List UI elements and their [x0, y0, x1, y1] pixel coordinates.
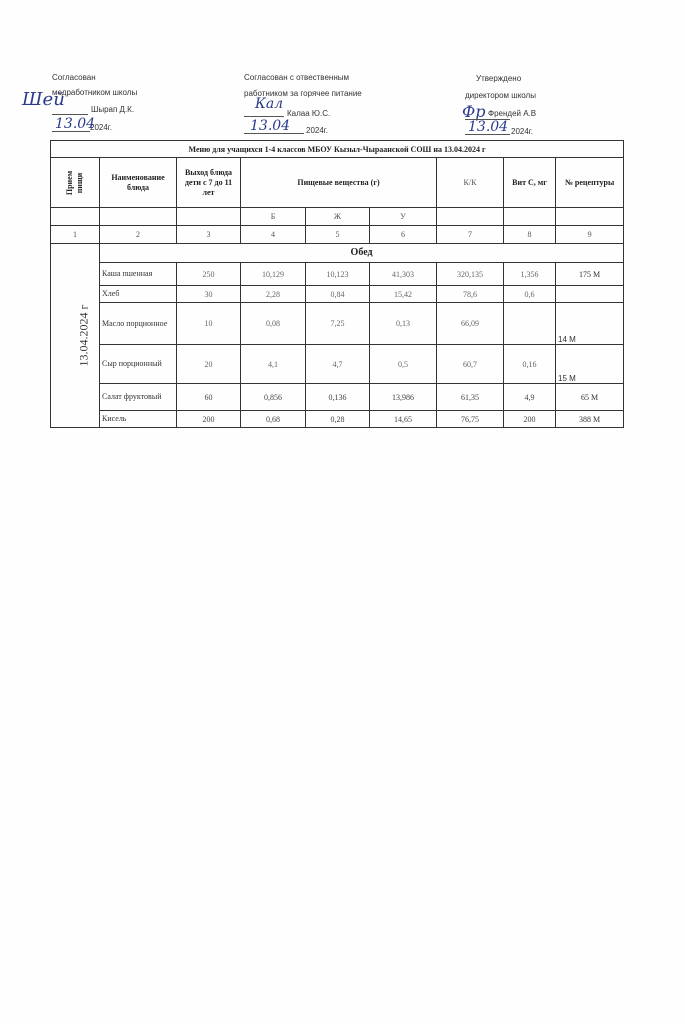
- header-kcal: К/К: [437, 158, 504, 208]
- approval-role: директором школы: [465, 92, 536, 100]
- approver-name: Калаа Ю.С.: [287, 110, 330, 118]
- date-line: [52, 131, 90, 132]
- header-nutrients: Пищевые вещества (г): [241, 158, 437, 208]
- subheader-carbs: У: [370, 208, 437, 226]
- header-meal: Прием пищи: [51, 158, 100, 208]
- approver-name: Шырап Д.К.: [91, 106, 134, 114]
- approval-year: 2024г.: [90, 124, 112, 132]
- approval-label: Согласован с отвественным: [244, 74, 349, 82]
- menu-title: Меню для учащихся 1-4 классов МБОУ Кызыл…: [51, 141, 624, 158]
- table-row: Масло порционное 10 0,08 7,25 0,13 66,09…: [51, 303, 624, 345]
- approval-label: Согласован: [52, 74, 96, 82]
- table-row: Каша пшенная 250 10,129 10,123 41,303 32…: [51, 263, 624, 286]
- signature-line: [244, 116, 284, 117]
- table-row: Сыр порционный 20 4,1 4,7 0,5 60,7 0,16 …: [51, 345, 624, 384]
- header-portion: Выход блюда дети с 7 до 11 лет: [177, 158, 241, 208]
- table-row: Хлеб 30 2,28 0,84 15,42 78,6 0,6: [51, 286, 624, 303]
- header-recipe: № рецептуры: [556, 158, 624, 208]
- handwritten-date: 13.04: [468, 120, 508, 134]
- approver-name: Френдей А.В: [488, 110, 536, 118]
- subheader-fat: Ж: [306, 208, 370, 226]
- column-numbers-row: 1 2 3 4 5 6 7 8 9: [51, 226, 624, 244]
- approval-year: 2024г.: [306, 127, 328, 135]
- approval-label: Утверждено: [476, 75, 521, 83]
- menu-table: Меню для учащихся 1-4 классов МБОУ Кызыл…: [50, 140, 624, 428]
- signature: Фр: [462, 104, 486, 120]
- meal-date-cell: 13.04.2024 г: [51, 244, 100, 428]
- section-lunch: Обед: [100, 244, 624, 263]
- approval-year: 2024г.: [511, 128, 533, 136]
- table-row: Салат фруктовый 60 0,856 0,136 13,986 61…: [51, 384, 624, 411]
- header-meal-label: Прием пищи: [65, 163, 85, 203]
- date-line: [465, 134, 510, 135]
- signature: Кал: [255, 97, 283, 111]
- signature: Шей: [22, 91, 65, 109]
- meal-date: 13.04.2024 г: [76, 305, 91, 367]
- subheader-protein: Б: [241, 208, 306, 226]
- handwritten-date: 13.04: [250, 119, 290, 133]
- signature-line: [52, 114, 88, 115]
- header-vitc: Вит С, мг: [504, 158, 556, 208]
- table-row: Кисель 200 0,68 0,28 14,65 76,75 200 388…: [51, 411, 624, 428]
- header-dish: Наименование блюда: [100, 158, 177, 208]
- date-line: [244, 133, 304, 134]
